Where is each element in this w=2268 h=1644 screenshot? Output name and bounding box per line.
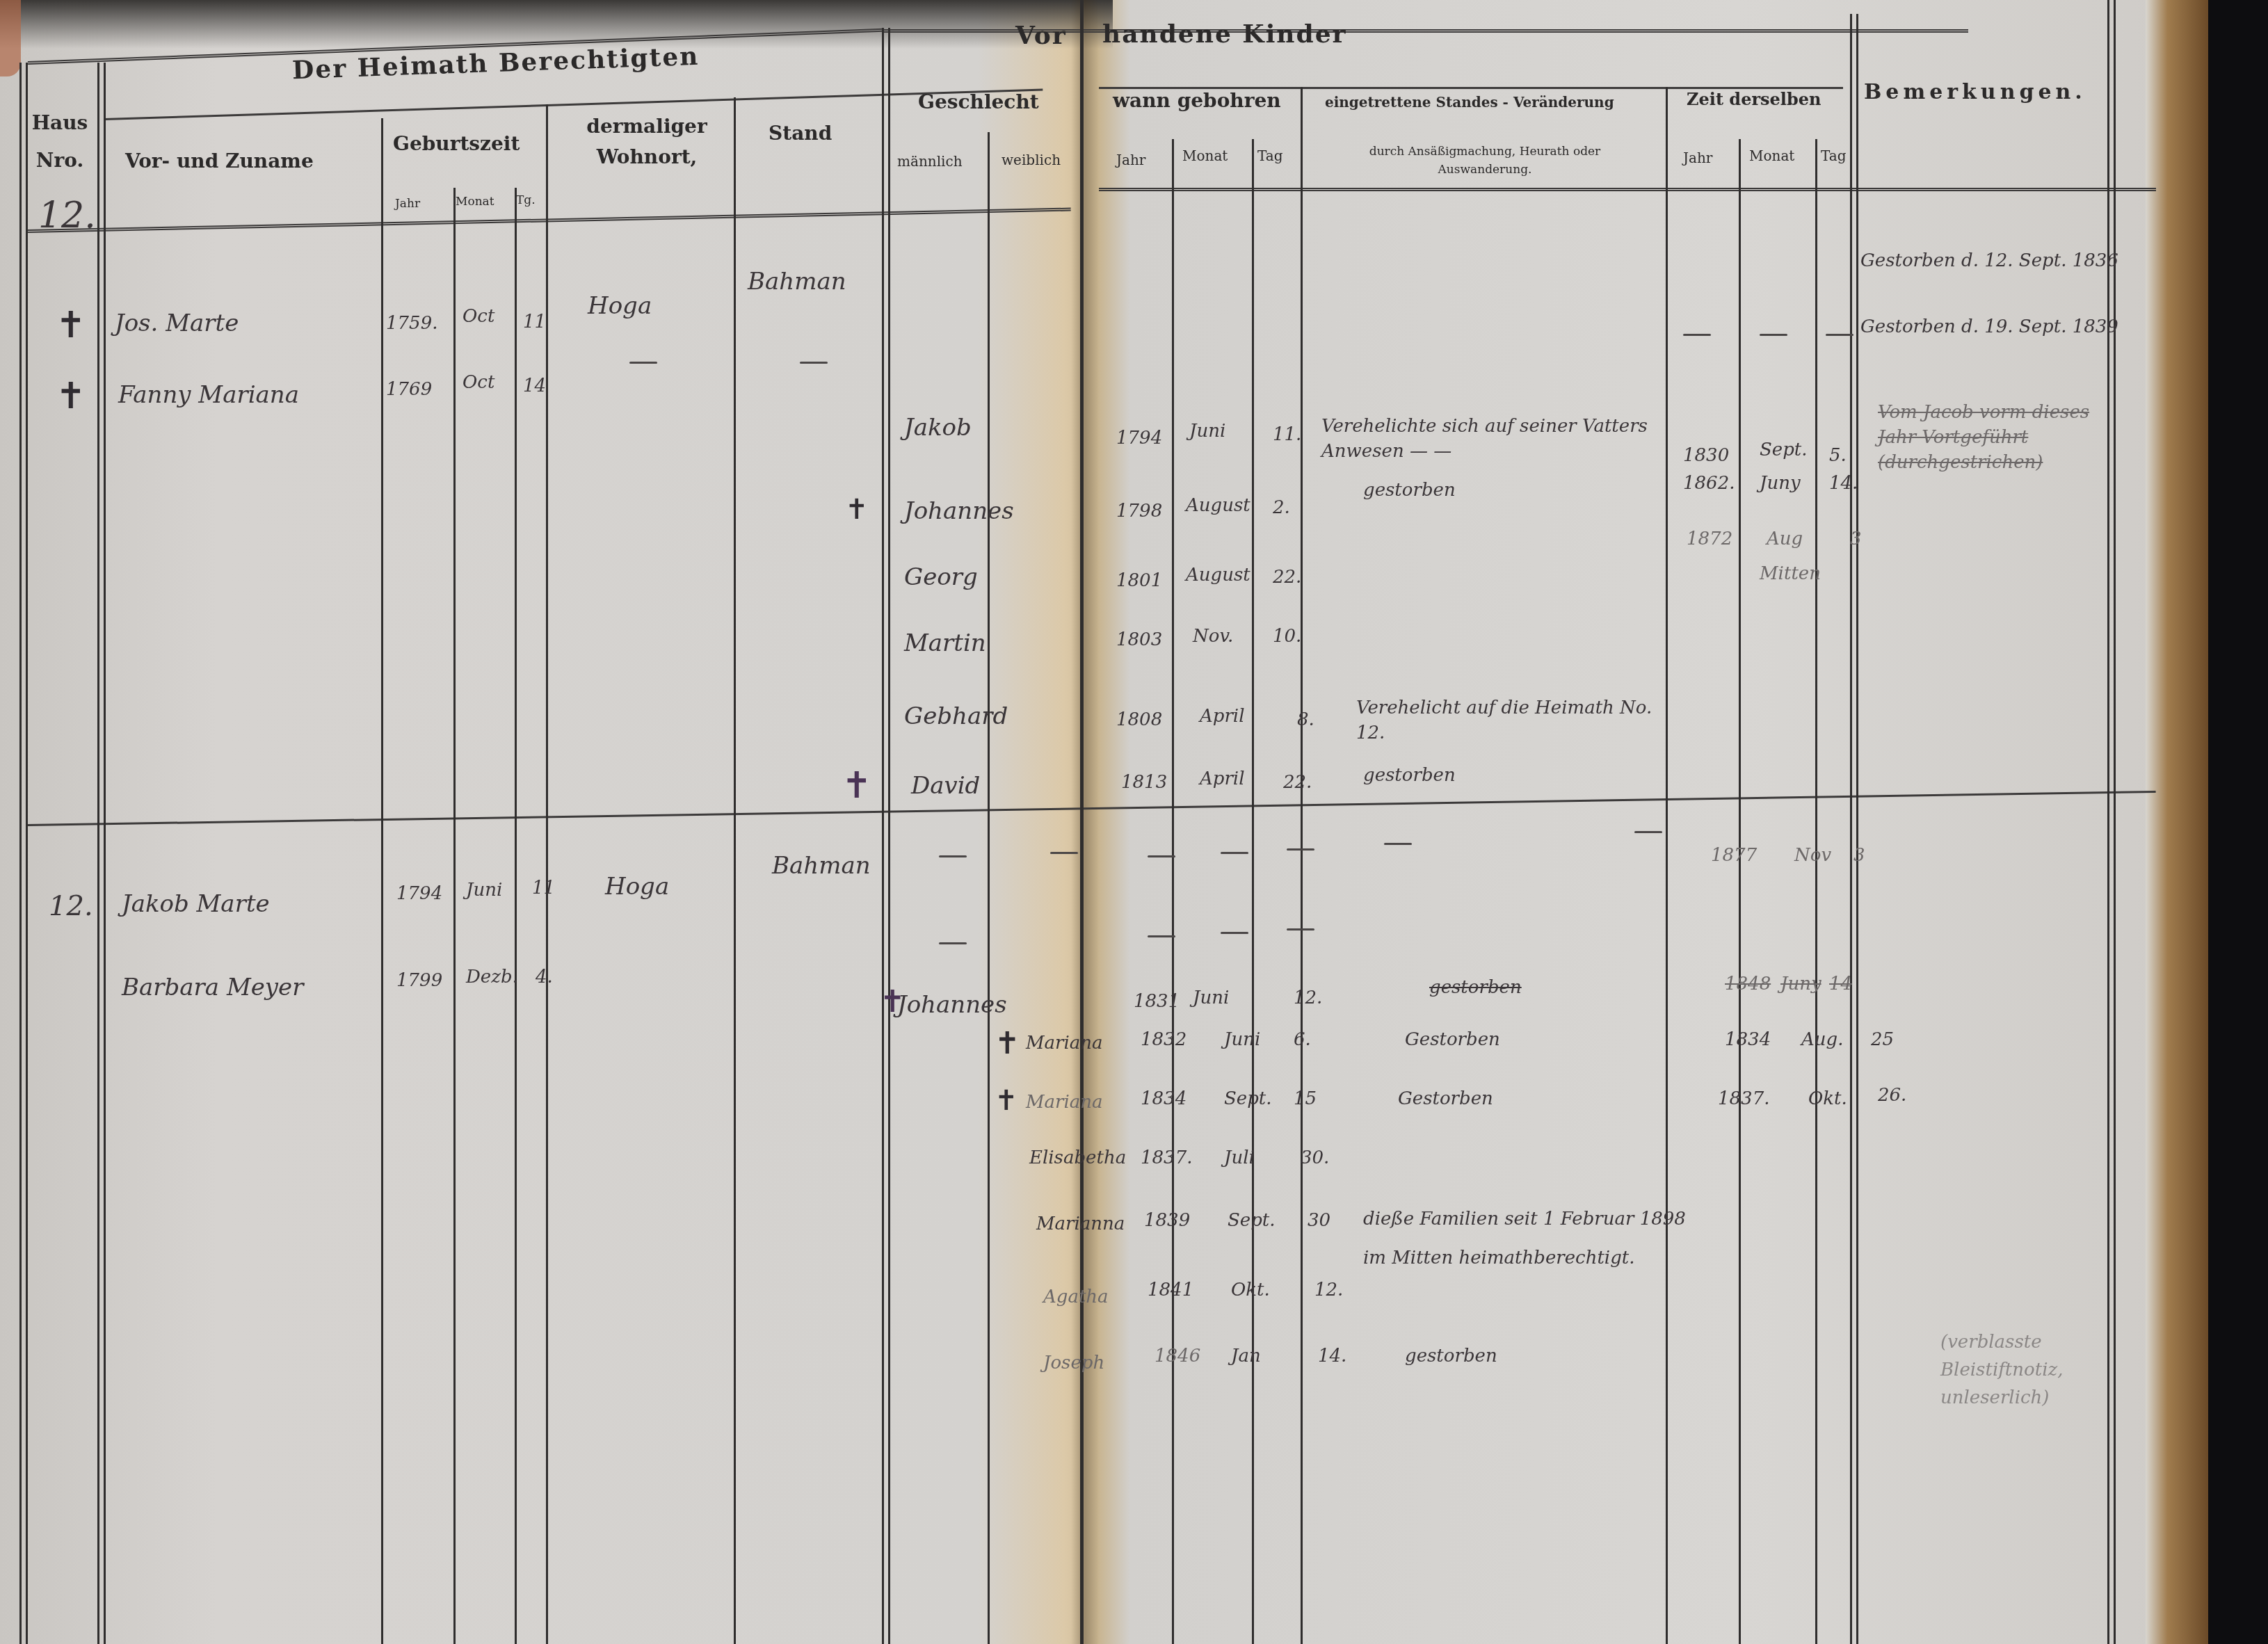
- header-geb-tag: Tg.: [516, 193, 536, 207]
- parent-birth-month: Oct: [463, 306, 494, 327]
- child-birth-year: 1801: [1116, 570, 1162, 591]
- change-day: 25: [1871, 1029, 1894, 1050]
- parent-birth-year: 1794: [396, 883, 442, 904]
- child-status-change: gestorben: [1405, 1346, 1497, 1367]
- header-standes-veraenderung: eingetrettene Standes - Veränderung: [1325, 94, 1614, 111]
- parent-birth-month: Dezb.: [466, 967, 518, 988]
- parent-wohnort: Hoga: [605, 873, 669, 901]
- child-birth-month: Nov.: [1193, 626, 1233, 647]
- child-birth-month: Juni: [1224, 1029, 1260, 1050]
- header-geschlecht: Geschlecht: [918, 90, 1039, 113]
- change-year: 1848: [1725, 974, 1771, 994]
- child-status-change: Gestorben: [1405, 1029, 1500, 1050]
- rule-zeit: [1850, 14, 1858, 1644]
- rule-zeit-monat: [1815, 139, 1817, 1644]
- parent-stand: Bahman: [748, 268, 846, 296]
- header-weiblich: weiblich: [1002, 152, 1061, 168]
- title-handene-kinder: handene Kinder: [1102, 19, 1347, 49]
- parent-birth-year: 1759.: [386, 313, 437, 334]
- ditto-dash: [629, 362, 657, 364]
- change-day: 14.: [1829, 473, 1858, 494]
- rule-veraenderung: [1666, 87, 1668, 1644]
- child-birth-day: 22.: [1273, 567, 1301, 588]
- change-month: Sept.: [1760, 440, 1808, 460]
- child-birth-day: 14.: [1318, 1346, 1346, 1367]
- rule-kind-jahr: [1172, 139, 1174, 1644]
- rule-page-split: [1080, 0, 1084, 1644]
- child-birth-month: Okt.: [1231, 1280, 1270, 1300]
- parent-birth-day: 14: [523, 376, 546, 396]
- rule-right-border: [2107, 0, 2116, 1644]
- child-status-change: Gestorben: [1398, 1088, 1493, 1109]
- deceased-cross-icon: ✝: [56, 305, 86, 346]
- header-vor-und-zuname: Vor- und Zuname: [125, 150, 314, 172]
- child-name: Marianna: [1036, 1214, 1125, 1234]
- header-zeit-jahr: Jahr: [1683, 150, 1712, 166]
- child-birth-year: 1839: [1144, 1210, 1190, 1231]
- header-kind-tag: Tag: [1257, 147, 1283, 164]
- ditto-dash: [1287, 848, 1314, 851]
- ditto-dash: [1221, 852, 1248, 854]
- header-dermaliger-wohnort: dermaliger Wohnort,: [577, 111, 716, 172]
- change-day: 3: [1850, 529, 1862, 549]
- change-year: 1872: [1687, 529, 1732, 549]
- rule-kind-monat: [1252, 139, 1254, 1644]
- parent-name: Barbara Meyer: [122, 974, 303, 1001]
- change-month: Nov: [1794, 845, 1831, 866]
- header-bemerkungen: Bemerkungen.: [1864, 80, 2086, 104]
- parent-birth-day: 11: [523, 312, 546, 332]
- change-year: 1862.: [1683, 473, 1735, 494]
- ditto-dash: [1683, 334, 1711, 336]
- rule-geburtszeit: [546, 104, 548, 1644]
- child-birth-day: 2.: [1273, 497, 1290, 518]
- child-birth-month: Juni: [1189, 421, 1225, 442]
- header-haus-nr: Haus Nro.: [25, 104, 95, 179]
- child-name: Mariana: [1026, 1033, 1103, 1054]
- change-year: 1877: [1711, 845, 1757, 866]
- child-status-change: Verehelicht auf die Heimath No. 12.: [1356, 695, 1655, 746]
- child-name: Johannes: [904, 497, 1014, 525]
- child-birth-month: Sept.: [1228, 1210, 1276, 1231]
- rule-name: [381, 118, 383, 1644]
- change-month: Juny: [1780, 974, 1821, 994]
- parent-remark: Gestorben d. 19. Sept. 1839: [1860, 316, 2118, 337]
- parent-name: Jos. Marte: [115, 309, 239, 337]
- child-birth-year: 1831: [1134, 991, 1180, 1012]
- child-status-change: dieße Familien seit 1 Februar 1898 im Mi…: [1363, 1200, 1711, 1278]
- book-gutter: [1071, 0, 1099, 1644]
- change-year: 1834: [1725, 1029, 1771, 1050]
- child-name: Elisabetha: [1029, 1147, 1126, 1168]
- child-birth-year: 1794: [1116, 428, 1162, 449]
- parent-birth-month: Oct: [463, 372, 494, 393]
- ditto-dash: [1148, 935, 1175, 937]
- child-birth-month: Sept.: [1224, 1088, 1272, 1109]
- rule-haus-nr: [97, 63, 106, 1644]
- rule-zeit-jahr: [1739, 139, 1741, 1644]
- change-day: 5.: [1829, 445, 1847, 466]
- thumb: [0, 0, 21, 76]
- parent-name: Fanny Mariana: [118, 381, 299, 409]
- child-name: Martin: [904, 629, 986, 657]
- ditto-dash: [1148, 855, 1175, 857]
- rule-geschlecht: [988, 132, 990, 1644]
- deceased-cross-icon: ✝: [845, 494, 869, 526]
- child-birth-year: 1832: [1141, 1029, 1187, 1050]
- child-status-change: gestorben: [1363, 765, 1456, 786]
- child-birth-day: 30: [1308, 1210, 1330, 1231]
- child-name: Gebhard: [904, 702, 1008, 730]
- child-name: Jakob: [904, 414, 972, 442]
- child-name: Georg: [904, 563, 978, 591]
- header-geburtszeit: Geburtszeit: [393, 132, 520, 155]
- change-month: Juny: [1760, 473, 1801, 494]
- ditto-dash: [1760, 334, 1787, 336]
- parent-remark: Gestorben d. 12. Sept. 1836: [1860, 250, 2118, 271]
- struck-remark: Vom Jacob vorm dieses Jahr Vortgeführt (…: [1878, 400, 2100, 475]
- child-name: Joseph: [1043, 1353, 1104, 1373]
- child-birth-month: April: [1200, 706, 1244, 727]
- header-zeit-tag: Tag: [1821, 147, 1847, 164]
- ditto-dash: [1221, 932, 1248, 934]
- header-bottom-rule-right: [1099, 188, 2156, 191]
- parent-birth-month: Juni: [466, 880, 502, 901]
- change-month: Aug.: [1801, 1029, 1843, 1050]
- child-birth-month: Jan: [1231, 1346, 1261, 1367]
- child-birth-day: 10.: [1273, 626, 1301, 647]
- parent-birth-year: 1799: [396, 970, 442, 991]
- parent-stand: Bahman: [772, 852, 871, 880]
- child-birth-year: 1834: [1141, 1088, 1187, 1109]
- child-birth-month: August: [1186, 495, 1250, 516]
- header-zeit-monat: Monat: [1749, 147, 1794, 164]
- child-birth-year: 1813: [1121, 772, 1167, 793]
- ditto-dash: [800, 362, 828, 364]
- child-birth-month: Juli: [1224, 1147, 1255, 1168]
- parent-name: Jakob Marte: [122, 890, 270, 918]
- child-birth-day: 30.: [1301, 1147, 1329, 1168]
- change-note: Mitten: [1760, 563, 1821, 584]
- child-birth-year: 1798: [1116, 501, 1162, 522]
- header-geb-monat: Monat: [456, 195, 494, 209]
- change-day: 14: [1829, 974, 1852, 994]
- haus-nr-value: 12.: [38, 195, 96, 236]
- deceased-cross-icon: ✝: [56, 376, 86, 417]
- child-birth-year: 1837.: [1141, 1147, 1192, 1168]
- parent-wohnort: Hoga: [588, 292, 652, 320]
- header-geb-jahr: Jahr: [395, 197, 420, 211]
- title-vor: Vor: [1015, 21, 1067, 50]
- child-birth-year: 1841: [1148, 1280, 1193, 1300]
- deceased-cross-icon: ✝: [842, 765, 872, 807]
- faded-remark: (verblasste Bleistiftnotiz, unleserlich): [1940, 1328, 2100, 1412]
- ditto-dash: [939, 942, 967, 944]
- child-birth-year: 1808: [1116, 709, 1162, 730]
- child-birth-month: April: [1200, 768, 1244, 789]
- header-stand: Stand: [769, 122, 832, 145]
- child-status-change: gestorben: [1363, 480, 1456, 501]
- child-birth-month: Juni: [1193, 988, 1229, 1008]
- ditto-dash: [1826, 334, 1853, 336]
- parent-birth-day: 11: [532, 878, 555, 898]
- child-name: David: [911, 772, 980, 800]
- child-birth-day: 22.: [1283, 772, 1312, 793]
- child-birth-year: 1803: [1116, 629, 1162, 650]
- child-status-change: Verehelichte sich auf seiner Vatters Anw…: [1321, 414, 1655, 464]
- rule-geb-jahr: [453, 188, 456, 1644]
- ditto-dash: [1384, 843, 1412, 845]
- child-name: Mariana: [1026, 1092, 1103, 1113]
- rule-wann-gebohren: [1301, 87, 1303, 1644]
- child-birth-month: August: [1186, 565, 1250, 586]
- page-edge: [2146, 0, 2208, 1644]
- child-birth-day: 11.: [1273, 424, 1301, 445]
- child-birth-day: 15: [1294, 1088, 1317, 1109]
- parent-birth-year: 1769: [386, 379, 432, 400]
- ditto-dash: [1634, 831, 1662, 833]
- change-month: Okt.: [1808, 1088, 1847, 1109]
- header-kind-monat: Monat: [1182, 147, 1228, 164]
- child-birth-year: 1846: [1155, 1346, 1200, 1367]
- header-zeit-derselben: Zeit derselben: [1687, 89, 1821, 109]
- child-name: Agatha: [1043, 1287, 1109, 1307]
- rule-wohnort: [734, 97, 736, 1644]
- rule-left-border: [19, 63, 28, 1644]
- deceased-cross-icon: ✝: [995, 1026, 1020, 1061]
- ditto-dash: [939, 855, 967, 857]
- change-day: 26.: [1878, 1085, 1906, 1106]
- child-status-change: gestorben: [1429, 977, 1522, 998]
- child-birth-day: 8.: [1297, 709, 1314, 730]
- parent-birth-day: 4.: [536, 967, 553, 988]
- change-day: 3: [1853, 845, 1865, 866]
- ditto-dash: [1287, 928, 1314, 930]
- ditto-dash: [1050, 852, 1078, 854]
- change-month: Aug: [1767, 529, 1803, 549]
- change-year: 1837.: [1718, 1088, 1769, 1109]
- rule-geb-monat: [515, 188, 517, 1644]
- header-wann-gebohren: wann gebohren: [1113, 89, 1281, 112]
- haus-nr-entry: 12.: [49, 890, 93, 922]
- child-birth-day: 12.: [1294, 988, 1322, 1008]
- header-veraenderung-sub: durch Ansäßigmachung, Heurath oder Auswa…: [1325, 143, 1645, 179]
- child-name: Johannes: [897, 991, 1007, 1019]
- deceased-cross-icon: ✝: [995, 1085, 1018, 1117]
- child-birth-day: 12.: [1314, 1280, 1343, 1300]
- header-maennlich: männlich: [897, 153, 963, 170]
- rule-stand: [882, 28, 890, 1644]
- change-year: 1830: [1683, 445, 1729, 466]
- header-kind-jahr: Jahr: [1116, 152, 1145, 168]
- child-birth-day: 6.: [1294, 1029, 1311, 1050]
